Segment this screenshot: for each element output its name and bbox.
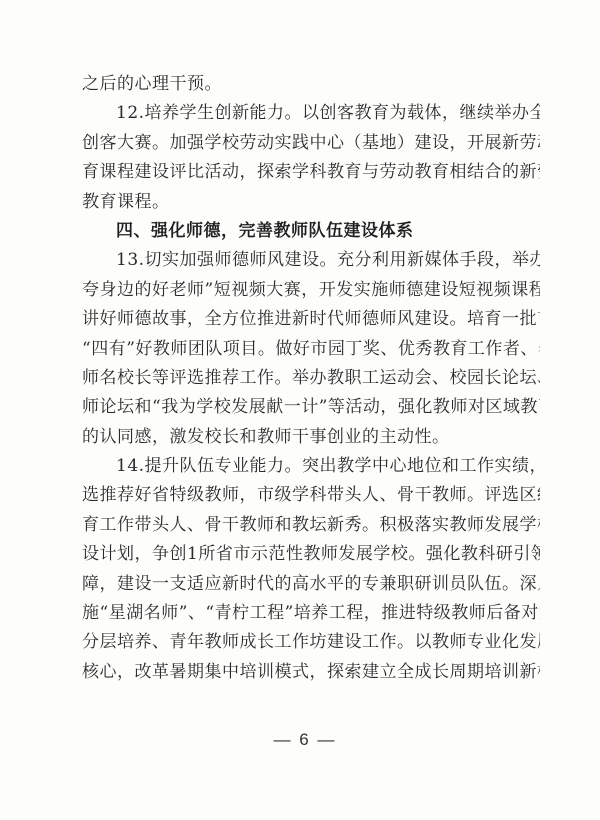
paragraph-line: 教育课程。 bbox=[82, 188, 540, 217]
paragraph-line: 创客大赛。加强学校劳动实践中心（基地）建设，开展新劳动教 bbox=[82, 129, 540, 158]
paragraph-line: 的认同感，激发校长和教师干事创业的主动性。 bbox=[82, 423, 540, 452]
paragraph-line: 夸身边的好老师”短视频大赛，开发实施师德建设短视频课程， bbox=[82, 276, 540, 305]
paragraph-line: 师名校长等评选推荐工作。举办教职工运动会、校园长论坛、名 bbox=[82, 364, 540, 393]
paragraph-line: 育课程建设评比活动，探索学科教育与劳动教育相结合的新劳动 bbox=[82, 158, 540, 187]
paragraph-line: 之后的心理干预。 bbox=[82, 70, 540, 99]
paragraph-line: 讲好师德故事，全方位推进新时代师德师风建设。培育一批市级 bbox=[82, 305, 540, 334]
paragraph-line: “四有”好教师团队项目。做好市园丁奖、优秀教育工作者、名 bbox=[82, 335, 540, 364]
paragraph-line: 13.切实加强师德师风建设。充分利用新媒体手段，举办“夸 bbox=[82, 246, 540, 275]
paragraph-line: 育工作带头人、骨干教师和教坛新秀。积极落实教师发展学校建 bbox=[82, 511, 540, 540]
paragraph-line: 师论坛和“我为学校发展献一计”等活动，强化教师对区域教育 bbox=[82, 393, 540, 422]
paragraph-line: 核心，改革暑期集中培训模式，探索建立全成长周期培训新模式。 bbox=[82, 658, 540, 687]
paragraph-line: 选推荐好省特级教师，市级学科带头人、骨干教师。评选区级德 bbox=[82, 481, 540, 510]
paragraph-line: 14.提升队伍专业能力。突出教学中心地位和工作实绩，评 bbox=[82, 452, 540, 481]
paragraph-line: 设计划，争创1所省市示范性教师发展学校。强化教科研引领保 bbox=[82, 540, 540, 569]
document-page: 之后的心理干预。 12.培养学生创新能力。以创客教育为载体，继续举办全区 创客大… bbox=[0, 0, 600, 820]
paragraph-line: 分层培养、青年教师成长工作坊建设工作。以教师专业化发展为 bbox=[82, 628, 540, 657]
paragraph-line: 障，建设一支适应新时代的高水平的专兼职研训员队伍。深入实 bbox=[82, 570, 540, 599]
section-heading: 四、强化师德，完善教师队伍建设体系 bbox=[82, 217, 540, 246]
paragraph-line: 12.培养学生创新能力。以创客教育为载体，继续举办全区 bbox=[82, 99, 540, 128]
paragraph-line: 施“星湖名师”、“青柠工程”培养工程，推进特级教师后备对象 bbox=[82, 599, 540, 628]
page-number: — 6 — bbox=[0, 730, 600, 750]
body-text: 之后的心理干预。 12.培养学生创新能力。以创客教育为载体，继续举办全区 创客大… bbox=[82, 70, 540, 687]
